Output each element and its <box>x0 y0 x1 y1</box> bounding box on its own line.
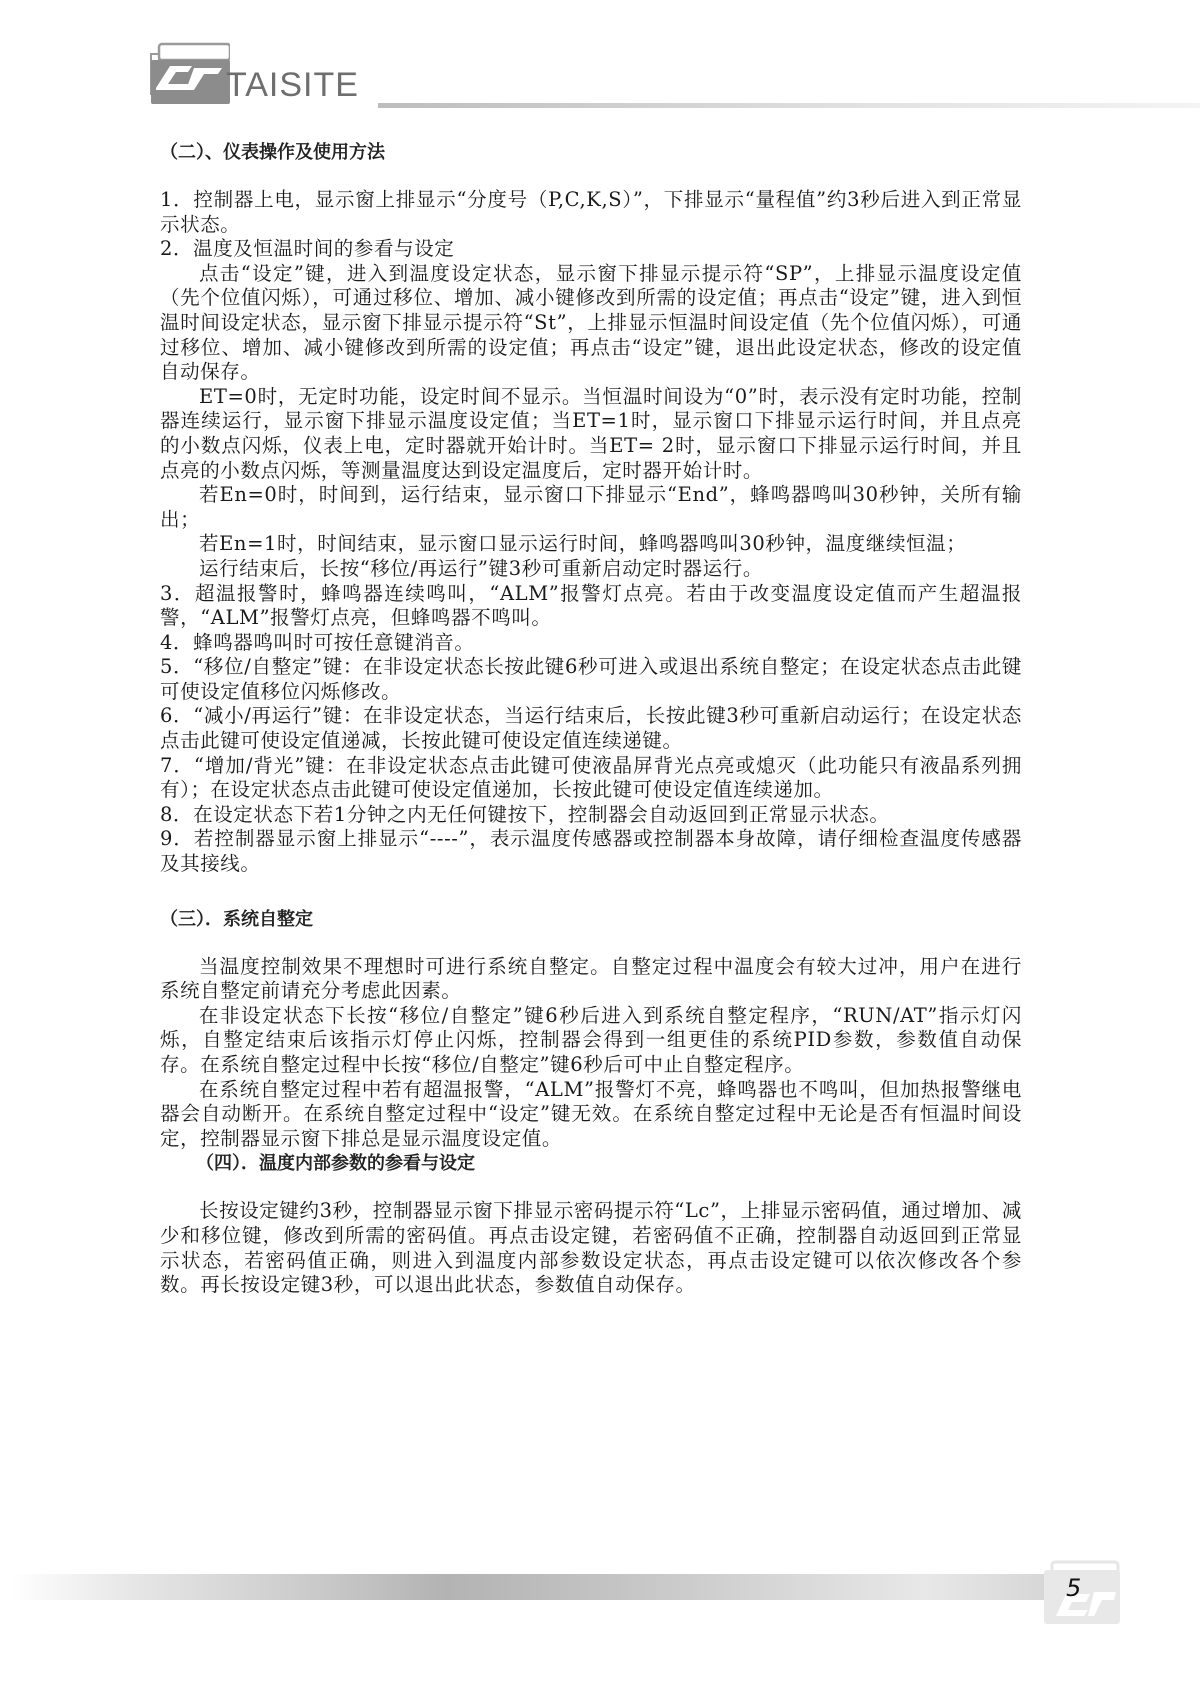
paragraph: 7．“增加/背光”键：在非设定状态点击此键可使液晶屏背光点亮或熄灭（此功能只有液… <box>160 754 1022 803</box>
paragraph: 当温度控制效果不理想时可进行系统自整定。自整定过程中温度会有较大过冲，用户在进行… <box>160 955 1022 1004</box>
paragraph: 9．若控制器显示窗上排显示“----”，表示温度传感器或控制器本身故障，请仔细检… <box>160 827 1022 876</box>
paragraph: 若En=1时，时间结束，显示窗口显示运行时间，蜂鸣器鸣叫30秒钟，温度继续恒温； <box>160 532 1022 557</box>
paragraph: 在系统自整定过程中若有超温报警，“ALM”报警灯不亮，蜂鸣器也不鸣叫，但加热报警… <box>160 1078 1022 1152</box>
paragraph: 若En=0时，时间到，运行结束，显示窗口下排显示“End”，蜂鸣器鸣叫30秒钟，… <box>160 483 1022 532</box>
taisite-logo-icon <box>150 42 230 104</box>
paragraph: 点击“设定”键，进入到温度设定状态，显示窗下排显示提示符“SP”，上排显示温度设… <box>160 262 1022 385</box>
paragraph: 2．温度及恒温时间的参看与设定 <box>160 237 1022 262</box>
paragraph: 在非设定状态下长按“移位/自整定”键6秒后进入到系统自整定程序，“RUN/AT”… <box>160 1004 1022 1078</box>
section-heading-autotune: （三）．系统自整定 <box>160 907 1022 933</box>
paragraph: ET=0时，无定时功能，设定时间不显示。当恒温时间设为“0”时，表示没有定时功能… <box>160 385 1022 483</box>
paragraph: 3．超温报警时，蜂鸣器连续鸣叫，“ALM”报警灯点亮。若由于改变温度设定值而产生… <box>160 582 1022 631</box>
paragraph: 6．“减小/再运行”键：在非设定状态，当运行结束后，长按此键3秒可重新启动运行；… <box>160 704 1022 753</box>
paragraph: 1．控制器上电，显示窗上排显示“分度号（P,C,K,S）”，下排显示“量程值”约… <box>160 188 1022 237</box>
paragraph: 8．在设定状态下若1分钟之内无任何键按下，控制器会自动返回到正常显示状态。 <box>160 803 1022 828</box>
section-heading-internal-params: （四）．温度内部参数的参看与设定 <box>160 1151 1022 1177</box>
paragraph: 运行结束后，长按“移位/再运行”键3秒可重新启动定时器运行。 <box>160 557 1022 582</box>
brand-name: TAISITE <box>226 68 359 102</box>
paragraph: 长按设定键约3秒，控制器显示窗下排显示密码提示符“Lc”，上排显示密码值，通过增… <box>160 1199 1022 1297</box>
header-rule <box>378 103 1200 108</box>
paragraph: 4．蜂鸣器鸣叫时可按任意键消音。 <box>160 631 1022 656</box>
page-number: 5 <box>1066 1574 1081 1602</box>
paragraph: 5．“移位/自整定”键：在非设定状态长按此键6秒可进入或退出系统自整定；在设定状… <box>160 655 1022 704</box>
section-heading-operation: （二）、仪表操作及使用方法 <box>160 140 1022 166</box>
document-body: （二）、仪表操作及使用方法 1．控制器上电，显示窗上排显示“分度号（P,C,K,… <box>160 140 1022 1298</box>
footer-bar <box>10 1574 1050 1600</box>
